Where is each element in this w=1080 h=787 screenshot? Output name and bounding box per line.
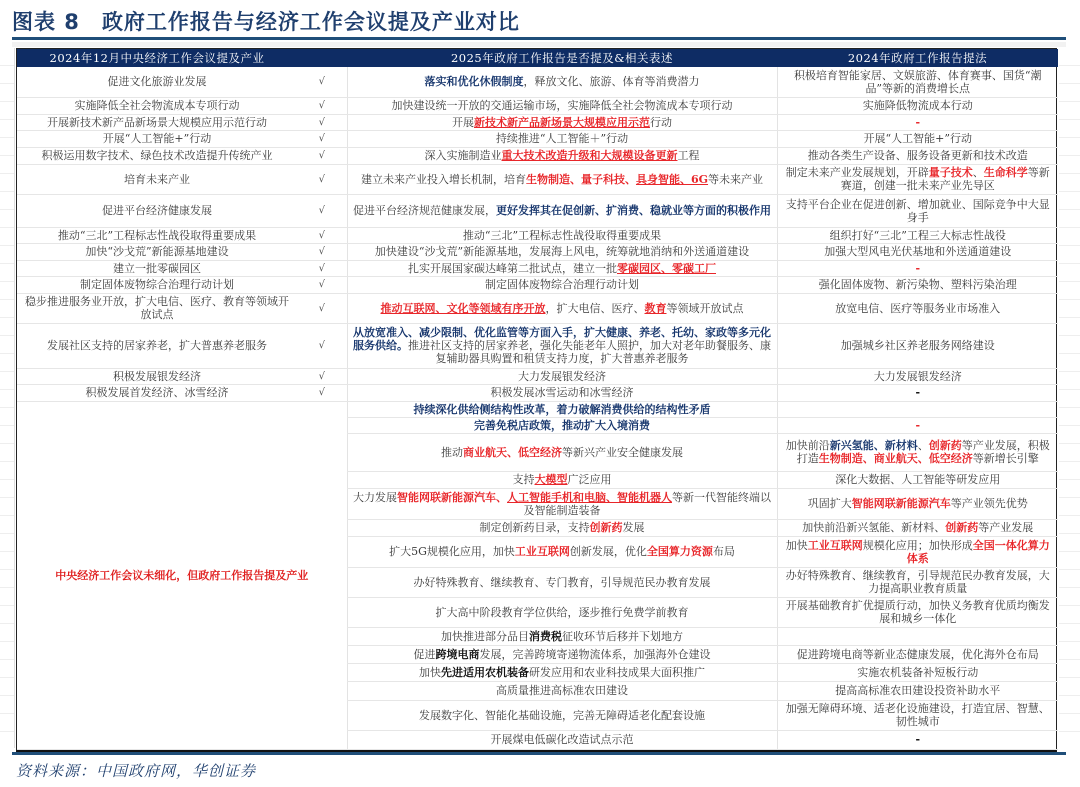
text-segment: 推动互联网、文化等领域有序开放	[381, 302, 546, 315]
text-segment: 推动	[441, 446, 463, 459]
text-segment: 等产业领先优势	[951, 497, 1028, 510]
cell-gov-2024	[777, 401, 1058, 417]
cell-gov-2024: 加强大型风电光伏基地和外送通道建设	[777, 243, 1058, 260]
text-segment: 实施农机装备补短板行动	[857, 666, 978, 679]
text-segment: 创新药	[590, 521, 623, 534]
cell-gov-2024: 制定未来产业发展规划，开辟量子技术、生命科学等新赛道，创建一批未来产业先导区	[777, 164, 1058, 194]
text-segment: 生物制造、量子科技、	[526, 173, 636, 186]
text-segment: 人工智能手机和电脑、智能机器人	[507, 491, 672, 504]
text-segment: 发展数字化、智能化基础设施，完善无障碍适老化配套设施	[419, 709, 705, 722]
cell-gov-2024: 开展基础教育扩优提质行动，加快义务教育优质均衡发展和城乡一体化	[777, 597, 1058, 627]
cell-gov-2025: 扩大5G规模化应用，加快工业互联网创新发展，优化全国算力资源布局	[347, 536, 777, 567]
cell-gov-2024: 巩固扩大智能网联新能源汽车等产业领先优势	[777, 488, 1058, 519]
cell-gov-2024: 加快前沿新兴氢能、新材料、创新药等产业发展	[777, 519, 1058, 536]
cell-merged-not-detailed: 中央经济工作会议未细化，但政府工作报告提及产业	[17, 401, 347, 749]
text-segment: 零碳园区、零碳工厂	[617, 262, 716, 275]
text-segment: 教育	[645, 302, 667, 315]
table-row: 制定固体废物综合治理行动计划√制定固体废物综合治理行动计划强化固体废物、新污染物…	[17, 276, 1058, 293]
text-segment: 等领域开放试点	[667, 302, 744, 315]
cell-gov-2025: 扎实开展国家碳达峰第二批试点，建立一批零碳园区、零碳工厂	[347, 260, 777, 276]
cell-gov-2024: -	[777, 730, 1058, 749]
text-segment: 加快前沿	[786, 439, 830, 452]
text-segment: 扩大5G规模化应用，加快	[389, 545, 515, 558]
cell-check-mark: √	[297, 384, 347, 401]
text-segment: 全国算力资源	[647, 545, 713, 558]
text-segment: 大力发展银发经济	[518, 370, 606, 383]
cell-gov-2024: 深化大数据、人工智能等研发应用	[777, 471, 1058, 488]
cell-gov-2024: 办好特殊教育、继续教育，引导规范民办教育发展，大力提高职业教育质量	[777, 567, 1058, 597]
text-segment: 、	[918, 439, 929, 452]
cell-gov-2024: 强化固体废物、新污染物、塑料污染治理	[777, 276, 1058, 293]
text-segment: 加快建设统一开放的交通运输市场，实施降低全社会物流成本专项行动	[392, 99, 733, 112]
text-segment: 新技术新产品新场景大规模应用示范	[474, 116, 650, 129]
cell-check-mark: √	[297, 260, 347, 276]
text-segment: 加快前沿新兴氢能、新材料、	[802, 521, 945, 534]
text-segment: 大力发展	[353, 491, 397, 504]
source-note: 资料来源：中国政府网，华创证券	[16, 760, 256, 781]
cell-gov-2025: 大力发展银发经济	[347, 368, 777, 384]
text-segment: 加强城乡社区养老服务网络建设	[841, 339, 995, 352]
text-segment: 加强大型风电光伏基地和外送通道建设	[824, 245, 1011, 258]
text-segment: 商业航天、低空经济	[463, 446, 562, 459]
cell-gov-2024: 实施农机装备补短板行动	[777, 663, 1058, 681]
header-check	[297, 49, 347, 67]
cell-gov-2024: 放宽电信、医疗等服务业市场准入	[777, 293, 1058, 323]
text-segment: 扎实开展国家碳达峰第二批试点，建立一批	[408, 262, 617, 275]
cell-gov-2025: 办好特殊教育、继续教育、专门教育，引导规范民办教育发展	[347, 567, 777, 597]
text-segment: 放宽电信、医疗等服务业市场准入	[835, 302, 1000, 315]
cell-check-mark: √	[297, 243, 347, 260]
cell-check-mark: √	[297, 67, 347, 97]
text-segment: 加快	[786, 539, 808, 552]
table-header-row: 2024年12月中央经济工作会议提及产业 2025年政府工作报告是否提及&相关表…	[17, 49, 1058, 67]
text-segment: ，释放文化、旅游、体育等消费潜力	[524, 75, 700, 88]
cell-cewc-industry: 稳步推进服务业开放，扩大电信、医疗、教育等领域开放试点	[17, 293, 297, 323]
cell-check-mark: √	[297, 194, 347, 227]
cell-gov-2025: 大力发展智能网联新能源汽车、人工智能手机和电脑、智能机器人等新一代智能终端以及智…	[347, 488, 777, 519]
not-mentioned-dash: -	[915, 262, 920, 275]
cell-gov-2024: 促进跨境电商等新业态健康发展，优化海外仓布局	[777, 645, 1058, 663]
table-row: 促进平台经济健康发展√促进平台经济规范健康发展，更好发挥其在促创新、扩消费、稳就…	[17, 194, 1058, 227]
text-segment: 组织打好“三北”工程三大标志性战役	[830, 229, 1006, 242]
table-row: 开展“人工智能+”行动√持续推进“人工智能＋”行动开展“人工智能+”行动	[17, 130, 1058, 147]
table-row: 加快“沙戈荒”新能源基地建设√加快建设“沙戈荒”新能源基地，发展海上风电，统筹就…	[17, 243, 1058, 260]
text-segment: 加强无障碍环境、适老化设施建设，打造宜居、智慧、韧性城市	[786, 702, 1050, 728]
cell-gov-2024: -	[777, 114, 1058, 130]
text-segment: 制定固体废物综合治理行动计划	[485, 278, 639, 291]
cell-gov-2024: 支持平台企业在促进创新、增加就业、国际竞争中大显身手	[777, 194, 1058, 227]
text-segment: 布局	[713, 545, 735, 558]
cell-cewc-industry: 推动“三北”工程标志性战役取得重要成果	[17, 227, 297, 243]
cell-gov-2025: 深入实施制造业重大技术改造升级和大规模设备更新工程	[347, 147, 777, 164]
cell-gov-2024: -	[777, 384, 1058, 401]
cell-gov-2025: 加快建设“沙戈荒”新能源基地，发展海上风电，统筹就地消纳和外送通道建设	[347, 243, 777, 260]
cell-cewc-industry: 积极发展首发经济、冰雪经济	[17, 384, 297, 401]
cell-cewc-industry: 促进文化旅游业发展	[17, 67, 297, 97]
cell-check-mark: √	[297, 164, 347, 194]
table-row: 开展新技术新产品新场景大规模应用示范行动√开展新技术新产品新场景大规模应用示范行…	[17, 114, 1058, 130]
table-row: 发展社区支持的居家养老，扩大普惠养老服务√从放宽准入、减少限制、优化监管等方面入…	[17, 323, 1058, 368]
table-row: 建立一批零碳园区√扎实开展国家碳达峰第二批试点，建立一批零碳园区、零碳工厂-	[17, 260, 1058, 276]
comparison-table: 2024年12月中央经济工作会议提及产业 2025年政府工作报告是否提及&相关表…	[17, 49, 1058, 750]
cell-gov-2025: 持续推进“人工智能＋”行动	[347, 130, 777, 147]
text-segment: 等未来产业	[708, 173, 763, 186]
text-segment: 支持平台企业在促进创新、增加就业、国际竞争中大显身手	[786, 198, 1050, 224]
cell-check-mark: √	[297, 227, 347, 243]
text-segment: 开展	[452, 116, 474, 129]
cell-cewc-industry: 加快“沙戈荒”新能源基地建设	[17, 243, 297, 260]
figure-label: 图表 8	[12, 6, 80, 36]
text-segment: 制定创新药目录，支持	[480, 521, 590, 534]
cell-cewc-industry: 积极运用数字技术、绿色技术改造提升传统产业	[17, 147, 297, 164]
cell-cewc-industry: 开展新技术新产品新场景大规模应用示范行动	[17, 114, 297, 130]
text-segment: 落实和优化休假制度	[425, 75, 524, 88]
cell-cewc-industry: 开展“人工智能+”行动	[17, 130, 297, 147]
text-segment: 积极培育智能家居、文娱旅游、体育赛事、国货“潮品”等新的消费增长点	[794, 69, 1042, 95]
text-segment: 制定未来产业发展规划，开辟	[786, 166, 929, 179]
cell-check-mark: √	[297, 130, 347, 147]
comparison-table-container: 2024年12月中央经济工作会议提及产业 2025年政府工作报告是否提及&相关表…	[16, 48, 1057, 752]
text-segment: 大模型	[535, 473, 568, 486]
text-segment: 开展“人工智能+”行动	[864, 132, 972, 145]
cell-check-mark: √	[297, 293, 347, 323]
not-mentioned-dash: -	[915, 116, 920, 129]
text-segment: 、	[973, 166, 984, 179]
cell-gov-2024: 加强无障碍环境、适老化设施建设，打造宜居、智慧、韧性城市	[777, 700, 1058, 730]
text-segment: 高质量推进高标准农田建设	[496, 684, 628, 697]
text-segment: 促进平台经济规范健康发展，	[353, 204, 496, 217]
text-segment: 等新兴产业安全健康发展	[562, 446, 683, 459]
title-divider	[12, 37, 1066, 40]
cell-gov-2025: 制定创新药目录，支持创新药发展	[347, 519, 777, 536]
cell-gov-2025: 加快推进部分品目消费税征收环节后移并下划地方	[347, 627, 777, 645]
cell-gov-2024: 提高高标准农田建设投资补助水平	[777, 681, 1058, 700]
text-segment: 重大技术改造升级和大规模设备更新	[502, 149, 678, 162]
text-segment: 行动	[650, 116, 672, 129]
text-segment: 持续推进“人工智能＋”行动	[496, 132, 628, 145]
cell-gov-2024: 实施降低物流成本行动	[777, 97, 1058, 114]
text-segment: 促进跨境电商等新业态健康发展，优化海外仓布局	[797, 648, 1039, 661]
text-segment: 发展	[623, 521, 645, 534]
text-segment: 完善免税店政策，推动扩大入境消费	[474, 419, 650, 432]
spreadsheet-header-strip	[12, 42, 1066, 47]
cell-cewc-industry: 积极发展银发经济	[17, 368, 297, 384]
bottom-divider	[12, 752, 1066, 755]
text-segment: 创新药	[929, 439, 962, 452]
cell-gov-2024: 加快工业互联网规模化应用；加快形成全国一体化算力体系	[777, 536, 1058, 567]
text-segment: 办好特殊教育、继续教育、专门教育，引导规范民办教育发展	[414, 576, 711, 589]
table-row: 积极运用数字技术、绿色技术改造提升传统产业√深入实施制造业重大技术改造升级和大规…	[17, 147, 1058, 164]
cell-gov-2025: 持续深化供给侧结构性改革，着力破解消费供给的结构性矛盾	[347, 401, 777, 417]
text-segment: 智能网联新能源汽车	[852, 497, 951, 510]
text-segment: 提高高标准农田建设投资补助水平	[835, 684, 1000, 697]
cell-gov-2025: 促进跨境电商发展，完善跨境寄递物流体系，加强海外仓建设	[347, 645, 777, 663]
text-segment: 开展煤电低碳化改造试点示范	[491, 733, 634, 746]
text-segment: 深入实施制造业	[425, 149, 502, 162]
table-row: 培育未来产业√建立未来产业投入增长机制，培育生物制造、量子科技、具身智能、6G等…	[17, 164, 1058, 194]
cell-gov-2024: 积极培育智能家居、文娱旅游、体育赛事、国货“潮品”等新的消费增长点	[777, 67, 1058, 97]
text-segment: 建立未来产业投入增长机制，培育	[361, 173, 526, 186]
not-mentioned-dash: -	[915, 386, 920, 399]
text-segment: 等产业发展	[978, 521, 1033, 534]
cell-gov-2024: 加强城乡社区养老服务网络建设	[777, 323, 1058, 368]
cell-check-mark: √	[297, 276, 347, 293]
cell-gov-2024: -	[777, 260, 1058, 276]
header-gov-report-2024: 2024年政府工作报告提法	[777, 49, 1058, 67]
text-segment: 创新发展，优化	[570, 545, 647, 558]
spreadsheet-gridlines-left	[0, 48, 15, 748]
text-segment: 智能网联新能源汽车、	[397, 491, 507, 504]
text-segment: 开展基础教育扩优提质行动，加快义务教育优质均衡发展和城乡一体化	[786, 599, 1050, 625]
text-segment: 工程	[678, 149, 700, 162]
cell-cewc-industry: 促进平台经济健康发展	[17, 194, 297, 227]
text-segment: 加快建设“沙戈荒”新能源基地，发展海上风电，统筹就地消纳和外送通道建设	[375, 245, 749, 258]
cell-gov-2025: 扩大高中阶段教育学位供给，逐步推行免费学前教育	[347, 597, 777, 627]
text-segment: 规模化应用；加快形成	[863, 539, 973, 552]
text-segment: 支持	[513, 473, 535, 486]
cell-gov-2025: 积极发展冰雪运动和冰雪经济	[347, 384, 777, 401]
text-segment: 推进社区支持的居家养老，强化失能老年人照护，加大对老年助餐服务、康复辅助器具购置…	[408, 339, 771, 365]
cell-gov-2025: 开展新技术新产品新场景大规模应用示范行动	[347, 114, 777, 130]
text-segment: 扩大高中阶段教育学位供给，逐步推行免费学前教育	[436, 606, 689, 619]
table-row: 促进文化旅游业发展√落实和优化休假制度，释放文化、旅游、体育等消费潜力积极培育智…	[17, 67, 1058, 97]
cell-gov-2025: 推动“三北”工程标志性战役取得重要成果	[347, 227, 777, 243]
table-body: 促进文化旅游业发展√落实和优化休假制度，释放文化、旅游、体育等消费潜力积极培育智…	[17, 67, 1058, 749]
text-segment: 具身智能、6G	[636, 173, 708, 186]
cell-gov-2025: 发展数字化、智能化基础设施，完善无障碍适老化配套设施	[347, 700, 777, 730]
text-segment: 先进适用农机装备	[441, 666, 529, 679]
text-segment: 实施降低物流成本行动	[863, 99, 973, 112]
text-segment: 生命科学	[984, 166, 1028, 179]
text-segment: 大力发展银发经济	[874, 370, 962, 383]
text-segment: 积极发展冰雪运动和冰雪经济	[491, 386, 634, 399]
text-segment: 推动“三北”工程标志性战役取得重要成果	[463, 229, 661, 242]
cell-gov-2025: 落实和优化休假制度，释放文化、旅游、体育等消费潜力	[347, 67, 777, 97]
text-segment: 强化固体废物、新污染物、塑料污染治理	[819, 278, 1017, 291]
cell-check-mark: √	[297, 97, 347, 114]
cell-gov-2024: 推动各类生产设备、服务设备更新和技术改造	[777, 147, 1058, 164]
table-row: 稳步推进服务业开放，扩大电信、医疗、教育等领域开放试点√推动互联网、文化等领域有…	[17, 293, 1058, 323]
text-segment: 消费税	[529, 630, 562, 643]
header-cewc-2024: 2024年12月中央经济工作会议提及产业	[17, 49, 297, 67]
text-segment: ，扩大电信、医疗、	[546, 302, 645, 315]
text-segment: 持续深化供给侧结构性改革，着力破解消费供给的结构性矛盾	[414, 403, 711, 416]
cell-gov-2025: 高质量推进高标准农田建设	[347, 681, 777, 700]
cell-gov-2025: 促进平台经济规范健康发展，更好发挥其在促创新、扩消费、稳就业等方面的积极作用	[347, 194, 777, 227]
table-row: 中央经济工作会议未细化，但政府工作报告提及产业持续深化供给侧结构性改革，着力破解…	[17, 401, 1058, 417]
not-mentioned-dash: -	[915, 733, 920, 746]
text-segment: 办好特殊教育、继续教育，引导规范民办教育发展，大力提高职业教育质量	[786, 569, 1050, 595]
cell-cewc-industry: 制定固体废物综合治理行动计划	[17, 276, 297, 293]
not-mentioned-dash: -	[915, 419, 920, 432]
header-gov-report-2025: 2025年政府工作报告是否提及&相关表述	[347, 49, 777, 67]
cell-gov-2025: 制定固体废物综合治理行动计划	[347, 276, 777, 293]
cell-gov-2025: 加快先进适用农机装备研发应用和农业科技成果大面积推广	[347, 663, 777, 681]
table-row: 积极发展首发经济、冰雪经济√积极发展冰雪运动和冰雪经济-	[17, 384, 1058, 401]
table-row: 实施降低全社会物流成本专项行动√加快建设统一开放的交通运输市场，实施降低全社会物…	[17, 97, 1058, 114]
text-segment: 工业互联网	[808, 539, 863, 552]
cell-gov-2025: 建立未来产业投入增长机制，培育生物制造、量子科技、具身智能、6G等未来产业	[347, 164, 777, 194]
cell-cewc-industry: 实施降低全社会物流成本专项行动	[17, 97, 297, 114]
cell-cewc-industry: 培育未来产业	[17, 164, 297, 194]
text-segment: 新兴氢能、新材料	[830, 439, 918, 452]
text-segment: 加快	[419, 666, 441, 679]
text-segment: 跨境电商	[436, 648, 480, 661]
cell-cewc-industry: 发展社区支持的居家养老，扩大普惠养老服务	[17, 323, 297, 368]
cell-gov-2024: 组织打好“三北”工程三大标志性战役	[777, 227, 1058, 243]
cell-cewc-industry: 建立一批零碳园区	[17, 260, 297, 276]
cell-gov-2024: 加快前沿新兴氢能、新材料、创新药等产业发展，积极打造生物制造、商业航天、低空经济…	[777, 433, 1058, 471]
spreadsheet-gridlines-right	[1059, 48, 1080, 748]
text-segment: 促进	[414, 648, 436, 661]
text-segment: 更好发挥其在促创新、扩消费、稳就业等方面的积极作用	[496, 204, 771, 217]
cell-gov-2025: 开展煤电低碳化改造试点示范	[347, 730, 777, 749]
cell-gov-2024: -	[777, 417, 1058, 433]
table-row: 推动“三北”工程标志性战役取得重要成果√推动“三北”工程标志性战役取得重要成果组…	[17, 227, 1058, 243]
text-segment: 征收环节后移并下划地方	[562, 630, 683, 643]
cell-gov-2025: 加快建设统一开放的交通运输市场，实施降低全社会物流成本专项行动	[347, 97, 777, 114]
text-segment: 发展，完善跨境寄递物流体系，加强海外仓建设	[480, 648, 711, 661]
cell-gov-2025: 推动商业航天、低空经济等新兴产业安全健康发展	[347, 433, 777, 471]
cell-gov-2025: 从放宽准入、减少限制、优化监管等方面入手，扩大健康、养老、托幼、家政等多元化服务…	[347, 323, 777, 368]
figure-title: 图表 8 政府工作报告与经济工作会议提及产业对比	[12, 6, 520, 36]
table-row: 积极发展银发经济√大力发展银发经济大力发展银发经济	[17, 368, 1058, 384]
cell-gov-2024	[777, 627, 1058, 645]
cell-gov-2025: 完善免税店政策，推动扩大入境消费	[347, 417, 777, 433]
text-segment: 量子技术	[929, 166, 973, 179]
text-segment: 广泛应用	[568, 473, 612, 486]
cell-check-mark: √	[297, 323, 347, 368]
text-segment: 等新增长引擎	[973, 452, 1039, 465]
cell-gov-2025: 支持大模型广泛应用	[347, 471, 777, 488]
text-segment: 巩固扩大	[808, 497, 852, 510]
cell-check-mark: √	[297, 147, 347, 164]
text-segment: 生物制造、商业航天、低空经济	[819, 452, 973, 465]
cell-check-mark: √	[297, 368, 347, 384]
cell-gov-2024: 开展“人工智能+”行动	[777, 130, 1058, 147]
text-segment: 研发应用和农业科技成果大面积推广	[529, 666, 705, 679]
text-segment: 推动各类生产设备、服务设备更新和技术改造	[808, 149, 1028, 162]
text-segment: 加快推进部分品目	[441, 630, 529, 643]
text-segment: 创新药	[945, 521, 978, 534]
cell-check-mark: √	[297, 114, 347, 130]
cell-gov-2025: 推动互联网、文化等领域有序开放，扩大电信、医疗、教育等领域开放试点	[347, 293, 777, 323]
text-segment: 深化大数据、人工智能等研发应用	[835, 473, 1000, 486]
cell-gov-2024: 大力发展银发经济	[777, 368, 1058, 384]
figure-title-text: 政府工作报告与经济工作会议提及产业对比	[102, 6, 520, 36]
text-segment: 工业互联网	[515, 545, 570, 558]
